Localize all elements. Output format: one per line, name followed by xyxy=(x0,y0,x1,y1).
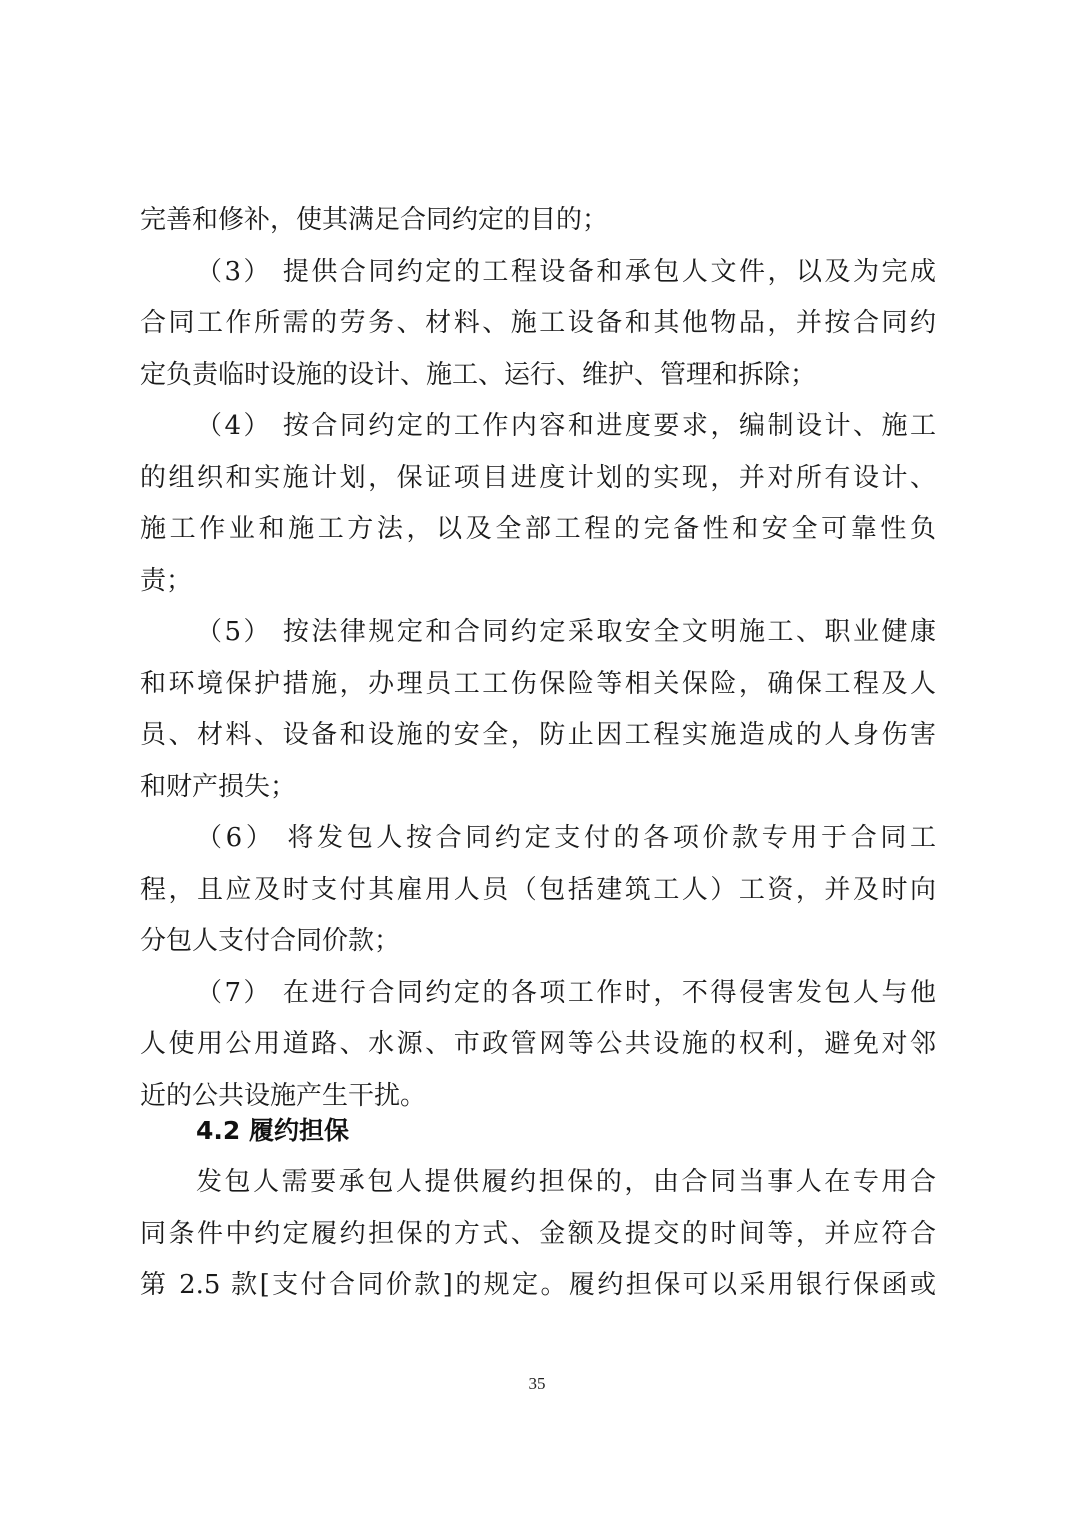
text-line: 和财产损失； xyxy=(140,767,936,807)
text-line: （5） 按法律规定和合同约定采取安全文明施工、职业健康 xyxy=(196,612,936,652)
text-line: 人使用公用道路、水源、市政管网等公共设施的权利，避免对邻 xyxy=(140,1024,936,1064)
text-line: 第 2.5 款[支付合同价款]的规定。履约担保可以采用银行保函或 xyxy=(140,1265,936,1305)
text-line: （4） 按合同约定的工作内容和进度要求，编制设计、施工 xyxy=(196,406,936,446)
section-heading: 4.2 履约担保 xyxy=(196,1111,349,1151)
text-line: 和环境保护措施，办理员工工伤保险等相关保险，确保工程及人 xyxy=(140,664,936,704)
text-line: 责； xyxy=(140,561,936,601)
document-page: 完善和修补，使其满足合同约定的目的；（3） 提供合同约定的工程设备和承包人文件，… xyxy=(0,0,1074,1520)
text-line: 分包人支付合同价款； xyxy=(140,921,936,961)
text-line: 程，且应及时支付其雇用人员（包括建筑工人）工资，并及时向 xyxy=(140,870,936,910)
text-line: 发包人需要承包人提供履约担保的，由合同当事人在专用合 xyxy=(196,1162,936,1202)
text-line: 定负责临时设施的设计、施工、运行、维护、管理和拆除； xyxy=(140,355,936,395)
text-line: 员、材料、设备和设施的安全，防止因工程实施造成的人身伤害 xyxy=(140,715,936,755)
text-line: 同条件中约定履约担保的方式、金额及提交的时间等，并应符合 xyxy=(140,1214,936,1254)
text-line: 施工作业和施工方法，以及全部工程的完备性和安全可靠性负 xyxy=(140,509,936,549)
text-line: （6） 将发包人按合同约定支付的各项价款专用于合同工 xyxy=(196,818,936,858)
page-number: 35 xyxy=(0,1374,1074,1394)
text-line: 的组织和实施计划，保证项目进度计划的实现，并对所有设计、 xyxy=(140,458,936,498)
text-line: 近的公共设施产生干扰。 xyxy=(140,1076,936,1116)
text-line: （3） 提供合同约定的工程设备和承包人文件，以及为完成 xyxy=(196,252,936,292)
text-line: 合同工作所需的劳务、材料、施工设备和其他物品，并按合同约 xyxy=(140,303,936,343)
text-line: （7） 在进行合同约定的各项工作时，不得侵害发包人与他 xyxy=(196,973,936,1013)
text-line: 完善和修补，使其满足合同约定的目的； xyxy=(140,200,936,240)
